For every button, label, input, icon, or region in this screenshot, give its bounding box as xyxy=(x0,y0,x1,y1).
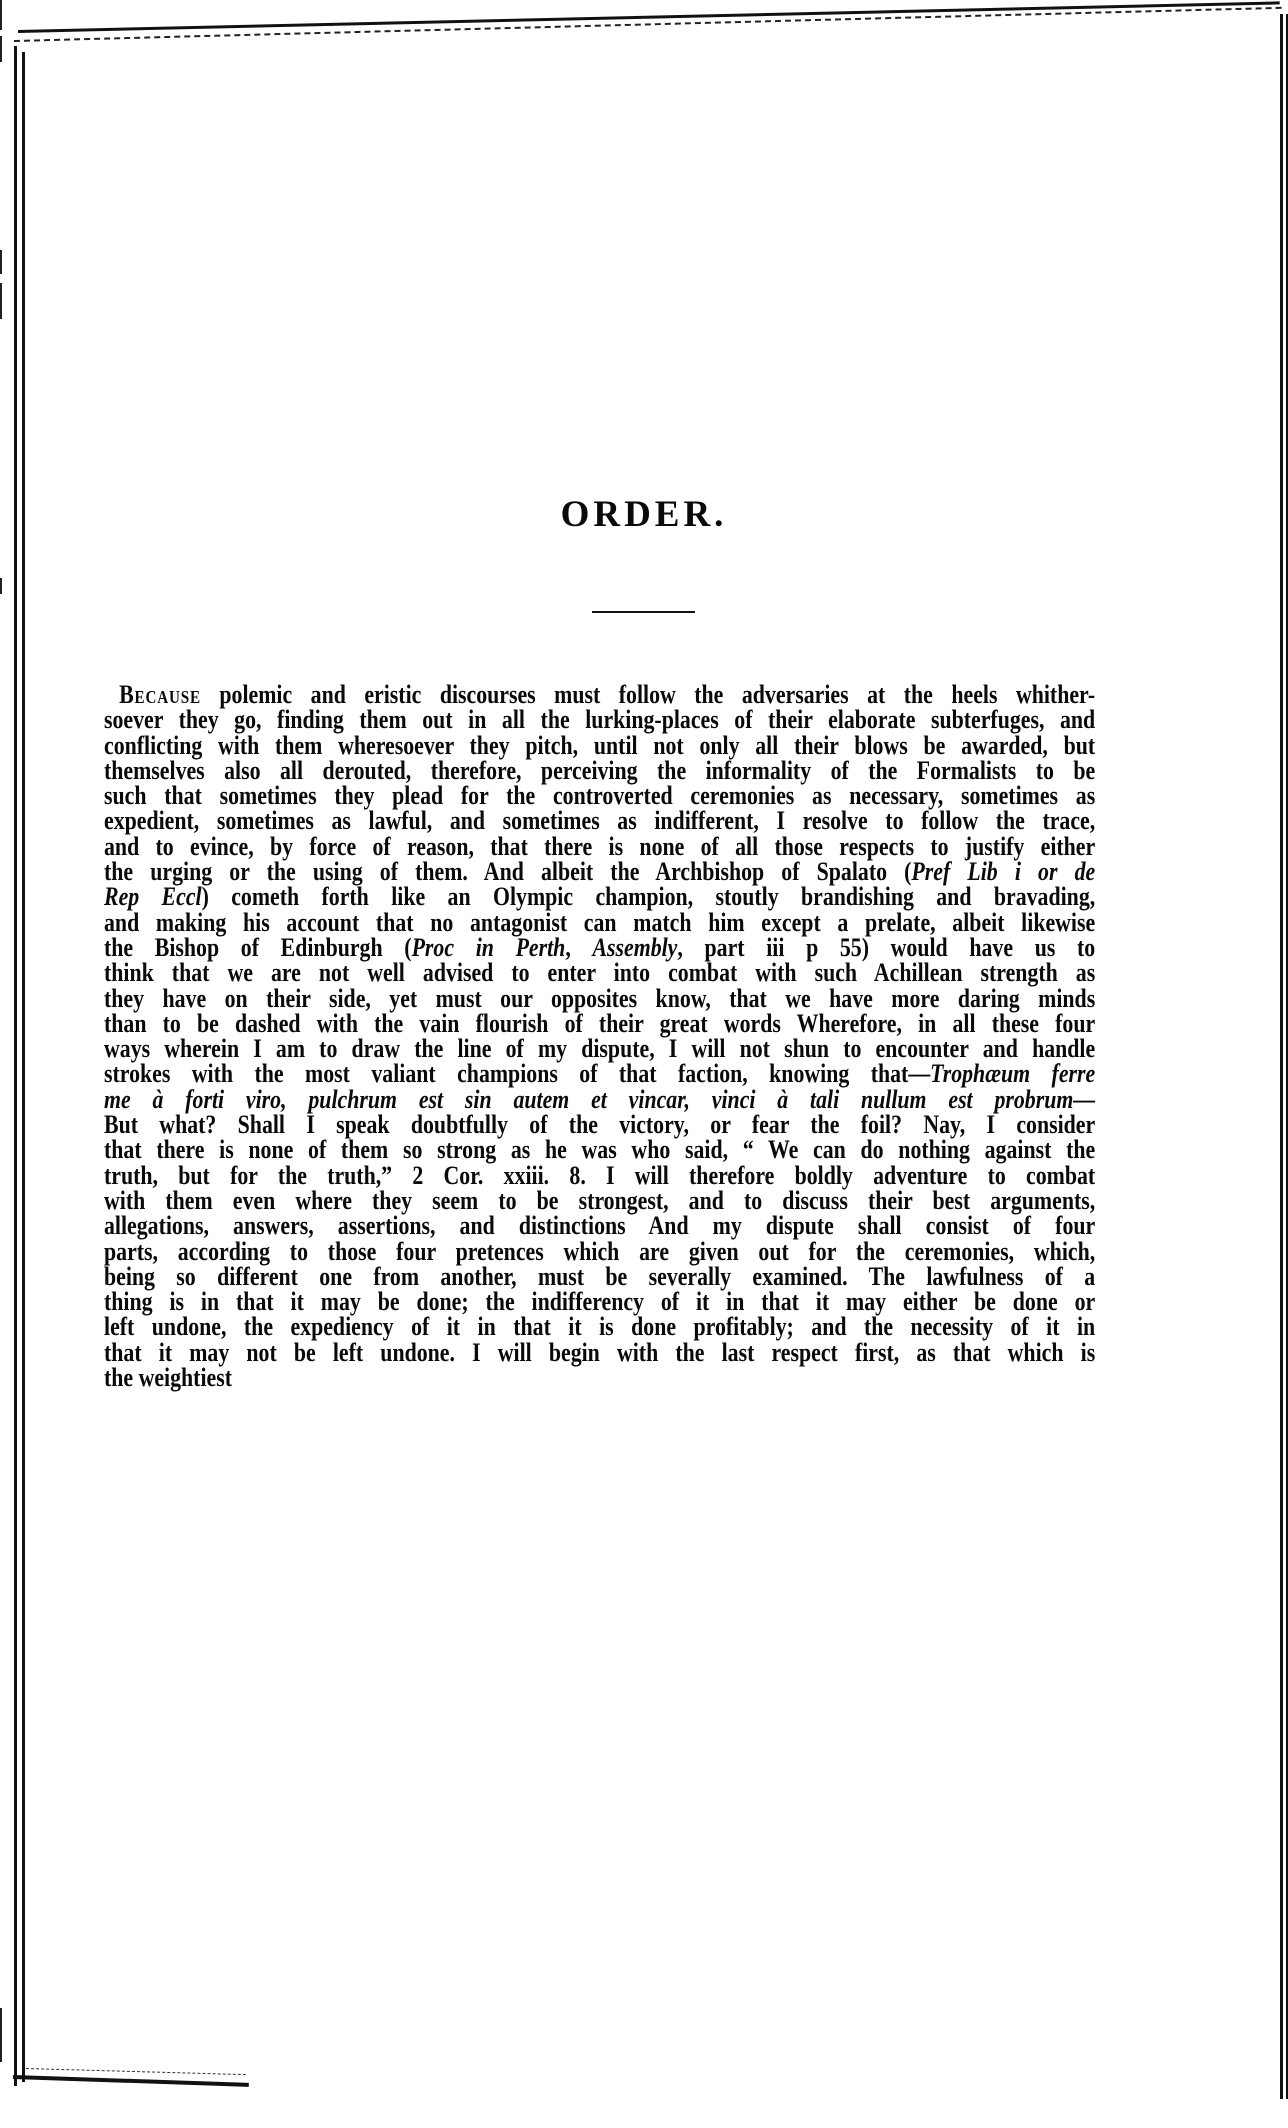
text-line: the urging or the using of them. And alb… xyxy=(104,859,1095,884)
text-line: ways wherein I am to draw the line of my… xyxy=(104,1036,1095,1061)
page-border-left-outer xyxy=(14,46,17,2086)
text-segment: the weightiest xyxy=(104,1363,232,1392)
text-line: But what? Shall I speak doubtfully of th… xyxy=(104,1112,1095,1137)
text-line: that there is none of them so strong as … xyxy=(104,1137,1095,1162)
text-line: Rep Eccl) cometh forth like an Olympic c… xyxy=(104,884,1095,909)
chapter-title: ORDER. xyxy=(0,493,1288,536)
text-line: allegations, answers, assertions, and di… xyxy=(104,1213,1095,1238)
margin-mark xyxy=(0,578,2,594)
text-line: me à forti viro, pulchrum est sin autem … xyxy=(104,1087,1095,1112)
margin-mark xyxy=(0,2008,2,2062)
page-border-left-inner xyxy=(22,52,25,2082)
text-line: themselves also all derouted, therefore,… xyxy=(104,758,1095,783)
text-line: and to evince, by force of reason, that … xyxy=(104,834,1095,859)
page-border-bottom-dashed xyxy=(26,2068,246,2075)
title-divider xyxy=(592,611,695,613)
text-line: parts, according to those four pretences… xyxy=(104,1239,1095,1264)
page-border-bottom xyxy=(13,2075,249,2087)
text-line: Because polemic and eristic discourses m… xyxy=(104,682,1095,707)
margin-mark xyxy=(0,0,2,30)
text-segment: that it may not be left undone. I will b… xyxy=(104,1338,1095,1367)
page-border-right-inner xyxy=(1280,14,1283,2099)
margin-mark xyxy=(0,250,2,274)
page-border-top-outer xyxy=(14,7,1282,42)
text-line: think that we are not well advised to en… xyxy=(104,960,1095,985)
text-line: that it may not be left undone. I will b… xyxy=(104,1340,1095,1365)
text-line: soever they go, finding them out in all … xyxy=(104,707,1095,732)
text-line: being so different one from another, mus… xyxy=(104,1264,1095,1289)
text-line: thing is in that it may be done; the ind… xyxy=(104,1289,1095,1314)
text-line: the Bishop of Edinburgh (Proc in Perth, … xyxy=(104,935,1095,960)
text-line: they have on their side, yet must our op… xyxy=(104,986,1095,1011)
text-line: conflicting with them wheresoever they p… xyxy=(104,733,1095,758)
margin-mark xyxy=(0,283,2,319)
margin-mark xyxy=(0,36,2,62)
text-line: than to be dashed with the vain flourish… xyxy=(104,1011,1095,1036)
text-line: the weightiest xyxy=(104,1365,1095,1390)
body-paragraph: Because polemic and eristic discourses m… xyxy=(104,682,1095,1390)
text-line: left undone, the expediency of it in tha… xyxy=(104,1314,1095,1339)
text-line: with them even where they seem to be str… xyxy=(104,1188,1095,1213)
text-line: strokes with the most valiant champions … xyxy=(104,1061,1095,1086)
text-line: and making his account that no antagonis… xyxy=(104,910,1095,935)
text-line: expedient, sometimes as lawful, and some… xyxy=(104,808,1095,833)
text-line: such that sometimes they plead for the c… xyxy=(104,783,1095,808)
page-border-top-inner xyxy=(18,1,1280,33)
text-line: truth, but for the truth,” 2 Cor. xxiii.… xyxy=(104,1163,1095,1188)
